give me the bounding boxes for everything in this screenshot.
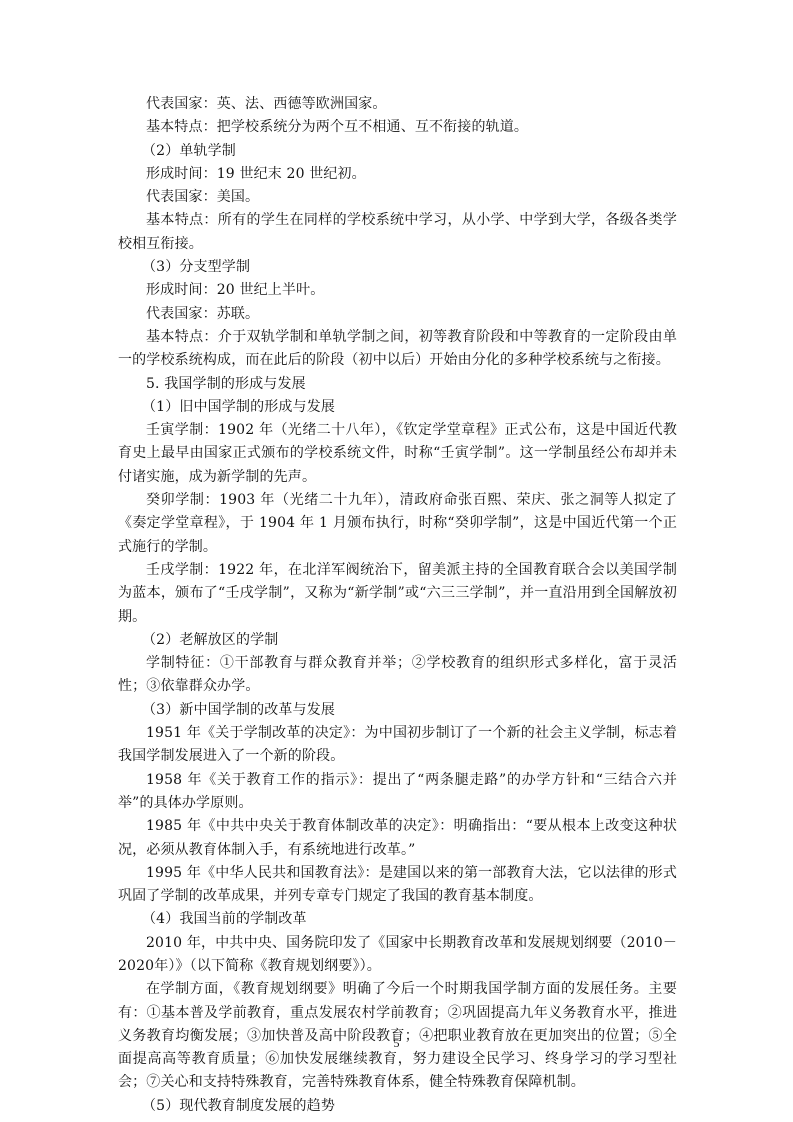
section-heading: （2）老解放区的学制 xyxy=(118,629,677,652)
paragraph: 形成时间：19 世纪末 20 世纪初。 xyxy=(118,163,677,186)
section-heading: （2）单轨学制 xyxy=(118,140,677,163)
paragraph: 基本特点：把学校系统分为两个互不相通、互不衔接的轨道。 xyxy=(118,116,677,139)
section-heading: （1）旧中国学制的形成与发展 xyxy=(118,396,677,419)
paragraph: 1985 年《中共中央关于教育体制改革的决定》：明确指出：“要从根本上改变这种状… xyxy=(118,815,677,862)
paragraph: 形成时间：20 世纪上半叶。 xyxy=(118,279,677,302)
section-heading: 5. 我国学制的形成与发展 xyxy=(118,373,677,396)
paragraph: 壬戌学制：1922 年，在北洋军阀统治下，留美派主持的全国教育联合会以美国学制为… xyxy=(118,559,677,629)
paragraph: 基本特点：所有的学生在同样的学校系统中学习，从小学、中学到大学，各级各类学校相互… xyxy=(118,209,677,256)
section-heading: （3）新中国学制的改革与发展 xyxy=(118,699,677,722)
section-heading: （5）现代教育制度发展的趋势 xyxy=(118,1095,677,1118)
section-heading: （3）分支型学制 xyxy=(118,256,677,279)
paragraph: 壬寅学制：1902 年（光绪二十八年），《钦定学堂章程》正式公布，这是中国近代教… xyxy=(118,419,677,489)
paragraph: 基本特点：介于双轨学制和单轨学制之间，初等教育阶段和中等教育的一定阶段由单一的学… xyxy=(118,326,677,373)
paragraph: 2010 年，中共中央、国务院印发了《国家中长期教育改革和发展规划纲要（2010… xyxy=(118,932,677,979)
section-heading: （4）我国当前的学制改革 xyxy=(118,908,677,931)
paragraph: 代表国家：美国。 xyxy=(118,186,677,209)
paragraph: 1995 年《中华人民共和国教育法》：是建国以来的第一部教育大法，它以法律的形式… xyxy=(118,862,677,909)
document-body: 代表国家：英、法、西德等欧洲国家。 基本特点：把学校系统分为两个互不相通、互不衔… xyxy=(118,93,677,1118)
page-number: 5 xyxy=(0,1036,793,1051)
paragraph: 代表国家：苏联。 xyxy=(118,303,677,326)
paragraph: 代表国家：英、法、西德等欧洲国家。 xyxy=(118,93,677,116)
paragraph: 癸卯学制：1903 年（光绪二十九年），清政府命张百熙、荣庆、张之洞等人拟定了《… xyxy=(118,489,677,559)
paragraph: 1951 年《关于学制改革的决定》：为中国初步制订了一个新的社会主义学制，标志着… xyxy=(118,722,677,769)
paragraph: 1958 年《关于教育工作的指示》：提出了“两条腿走路”的办学方针和“三结合六并… xyxy=(118,769,677,816)
paragraph: 学制特征：①干部教育与群众教育并举；②学校教育的组织形式多样化，富于灵活性；③依… xyxy=(118,652,677,699)
